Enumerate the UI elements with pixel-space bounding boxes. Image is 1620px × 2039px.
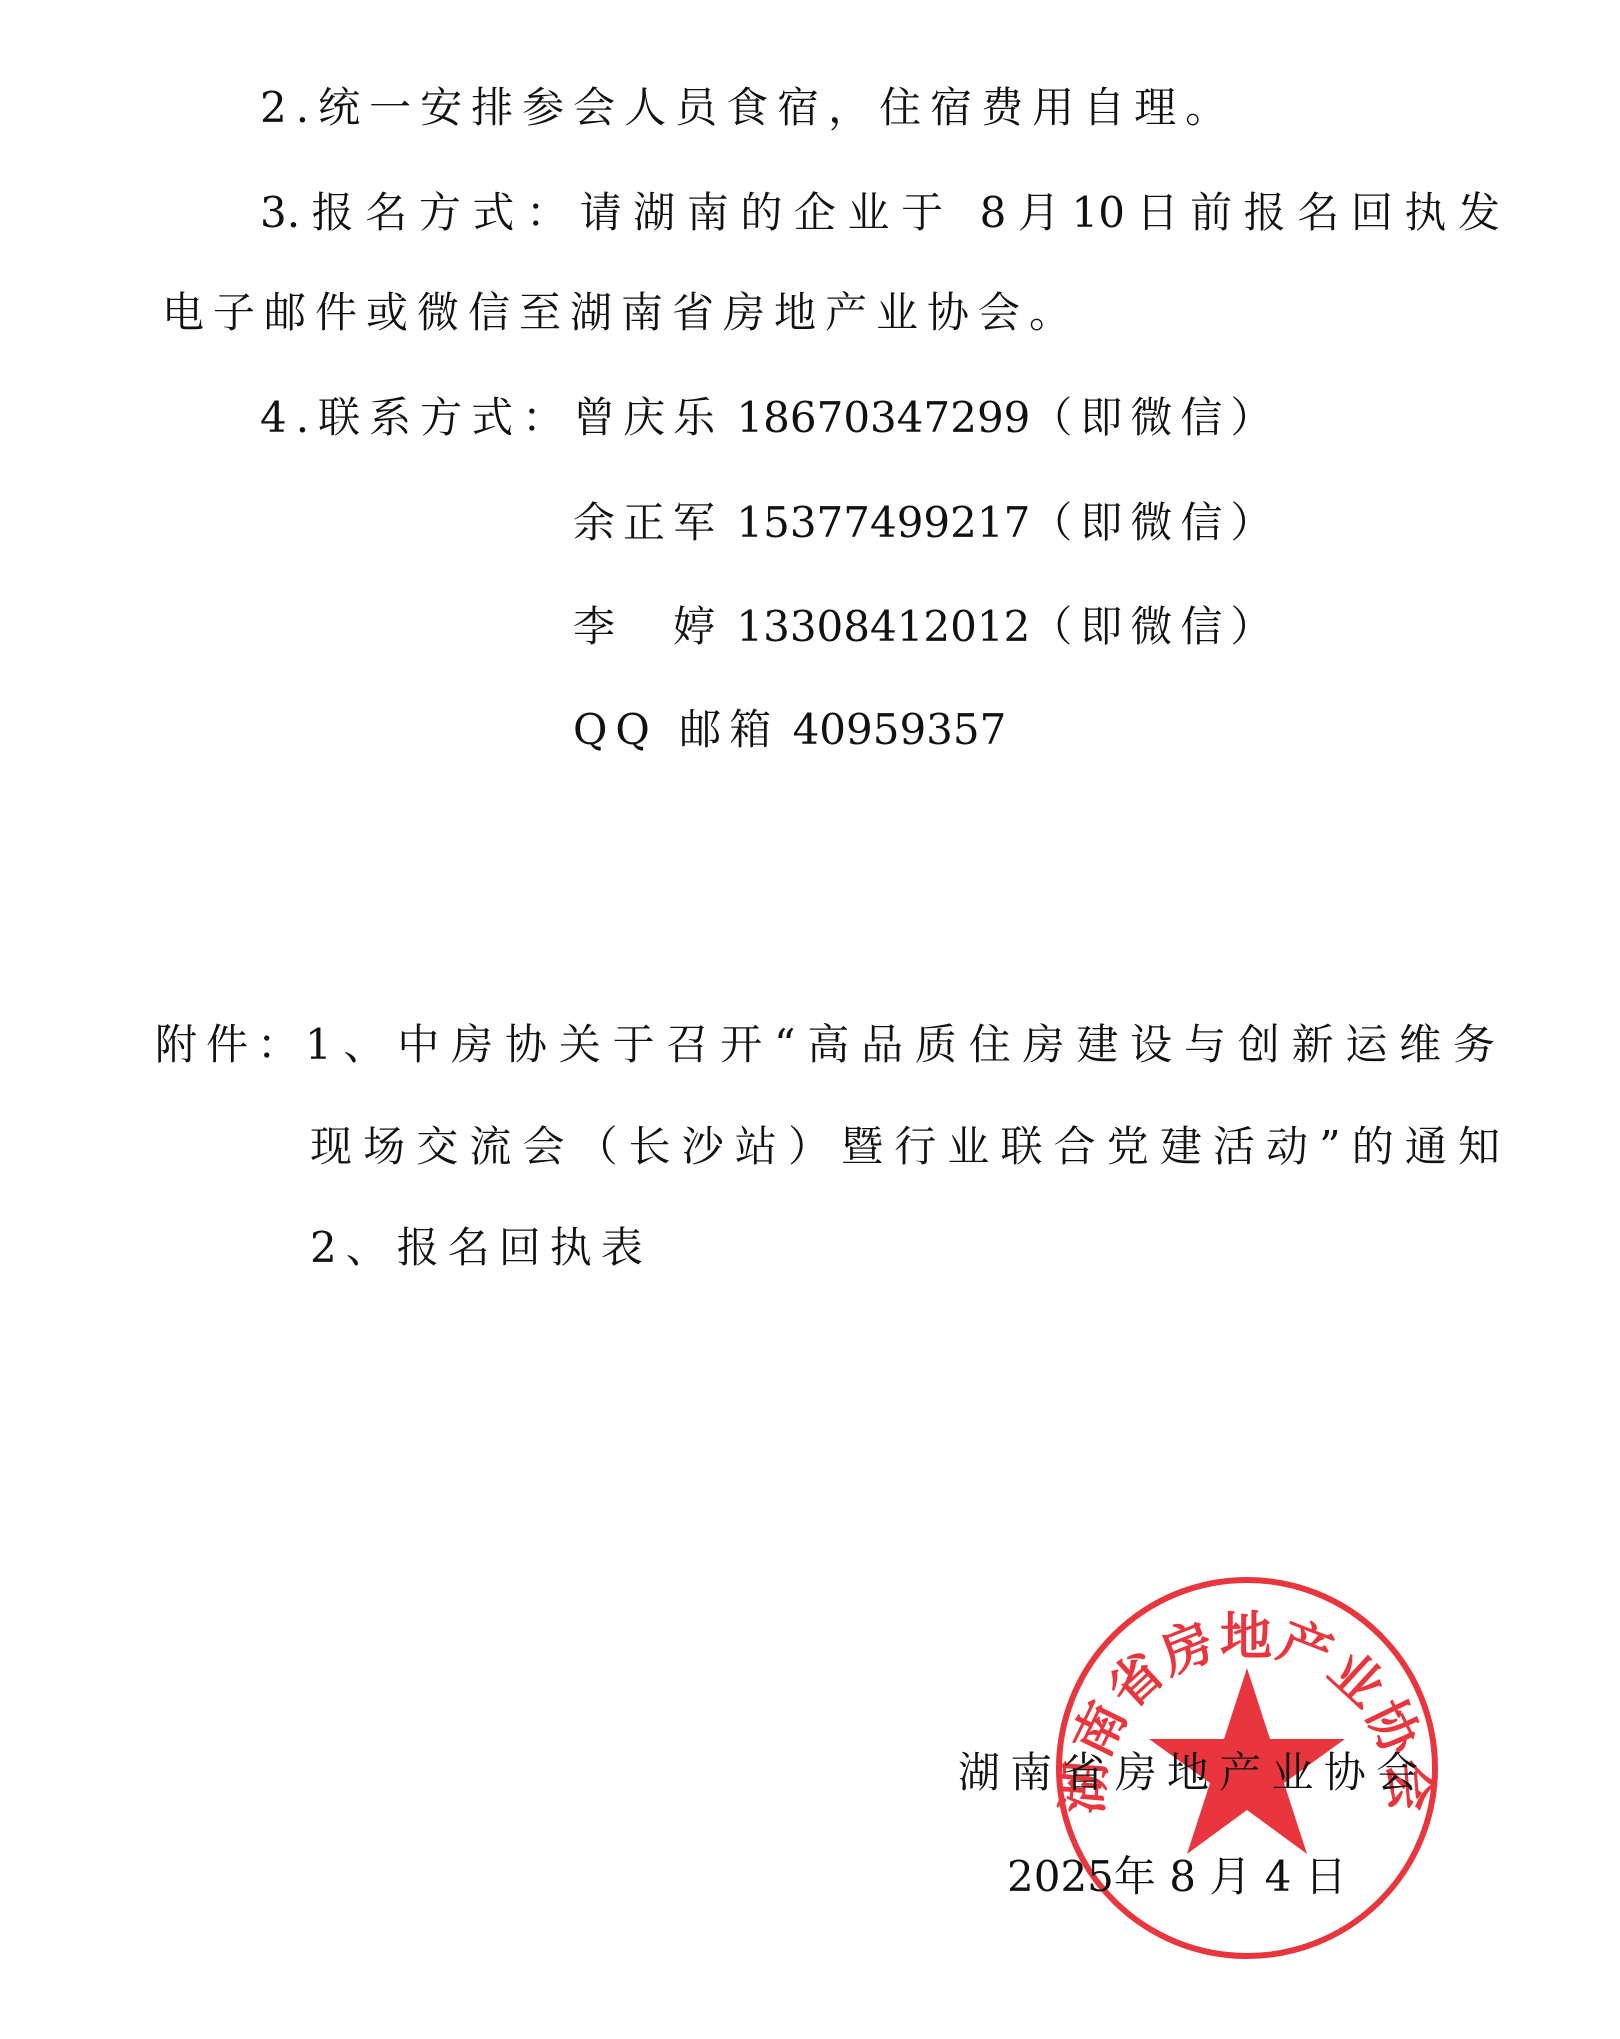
contact-row-3: 李 婷 13308412012（即微信） [573,601,1280,653]
contact-note: （即微信） [1030,602,1280,651]
qq-email-value: 40959357 [793,705,1007,754]
item-2-text: 2.统一安排参会人员食宿，住宿费用自理。 [260,82,1236,134]
attachment-1-line-2: 现场交流会（长沙站）暨行业联合党建活动”的通知 [310,1121,1500,1173]
contact-name: 曾庆乐 [573,393,723,442]
item-4-label: 4.联系方式： [260,393,573,442]
item-3-line-2: 电子邮件或微信至湖南省房地产业协会。 [162,287,1080,339]
signature-date: 2025年 8 月 4 日 [1007,1851,1347,1903]
contact-note: （即微信） [1030,498,1280,547]
qq-email-row: QQ 邮箱 40959357 [573,704,1006,756]
contact-phone: 13308412012 [736,602,1030,651]
item-4-contact-row-1: 4.联系方式：曾庆乐 18670347299（即微信） [260,392,1280,444]
attachment-2: 2、报名回执表 [310,1222,652,1274]
attachments-label: 附件： [155,1019,305,1071]
contact-name: 李 婷 [573,602,723,651]
signature-organization-text: 湖南省房地产业协会 [958,1747,1418,1799]
item-3-line-1: 3.报名方式：请湖南的企业于 8月10日前报名回执发 [260,187,1500,239]
contact-note: （即微信） [1030,393,1280,442]
contact-row-2: 余正军 15377499217（即微信） [573,497,1280,549]
document-page: 2.统一安排参会人员食宿，住宿费用自理。 3.报名方式：请湖南的企业于 8月10… [0,0,1620,2039]
contact-phone: 15377499217 [736,498,1030,547]
attachment-1-line-1: 1、中房协关于召开“高品质住房建设与创新运维务 [305,1019,1495,1071]
contact-phone: 18670347299 [736,393,1030,442]
attachment-row-1: 附件：1、中房协关于召开“高品质住房建设与创新运维务 [155,1019,1500,1071]
signature-organization: 湖南省房地产业协会 [958,1747,1418,1799]
qq-email-label: QQ 邮箱 [573,705,779,754]
contact-name: 余正军 [573,498,723,547]
